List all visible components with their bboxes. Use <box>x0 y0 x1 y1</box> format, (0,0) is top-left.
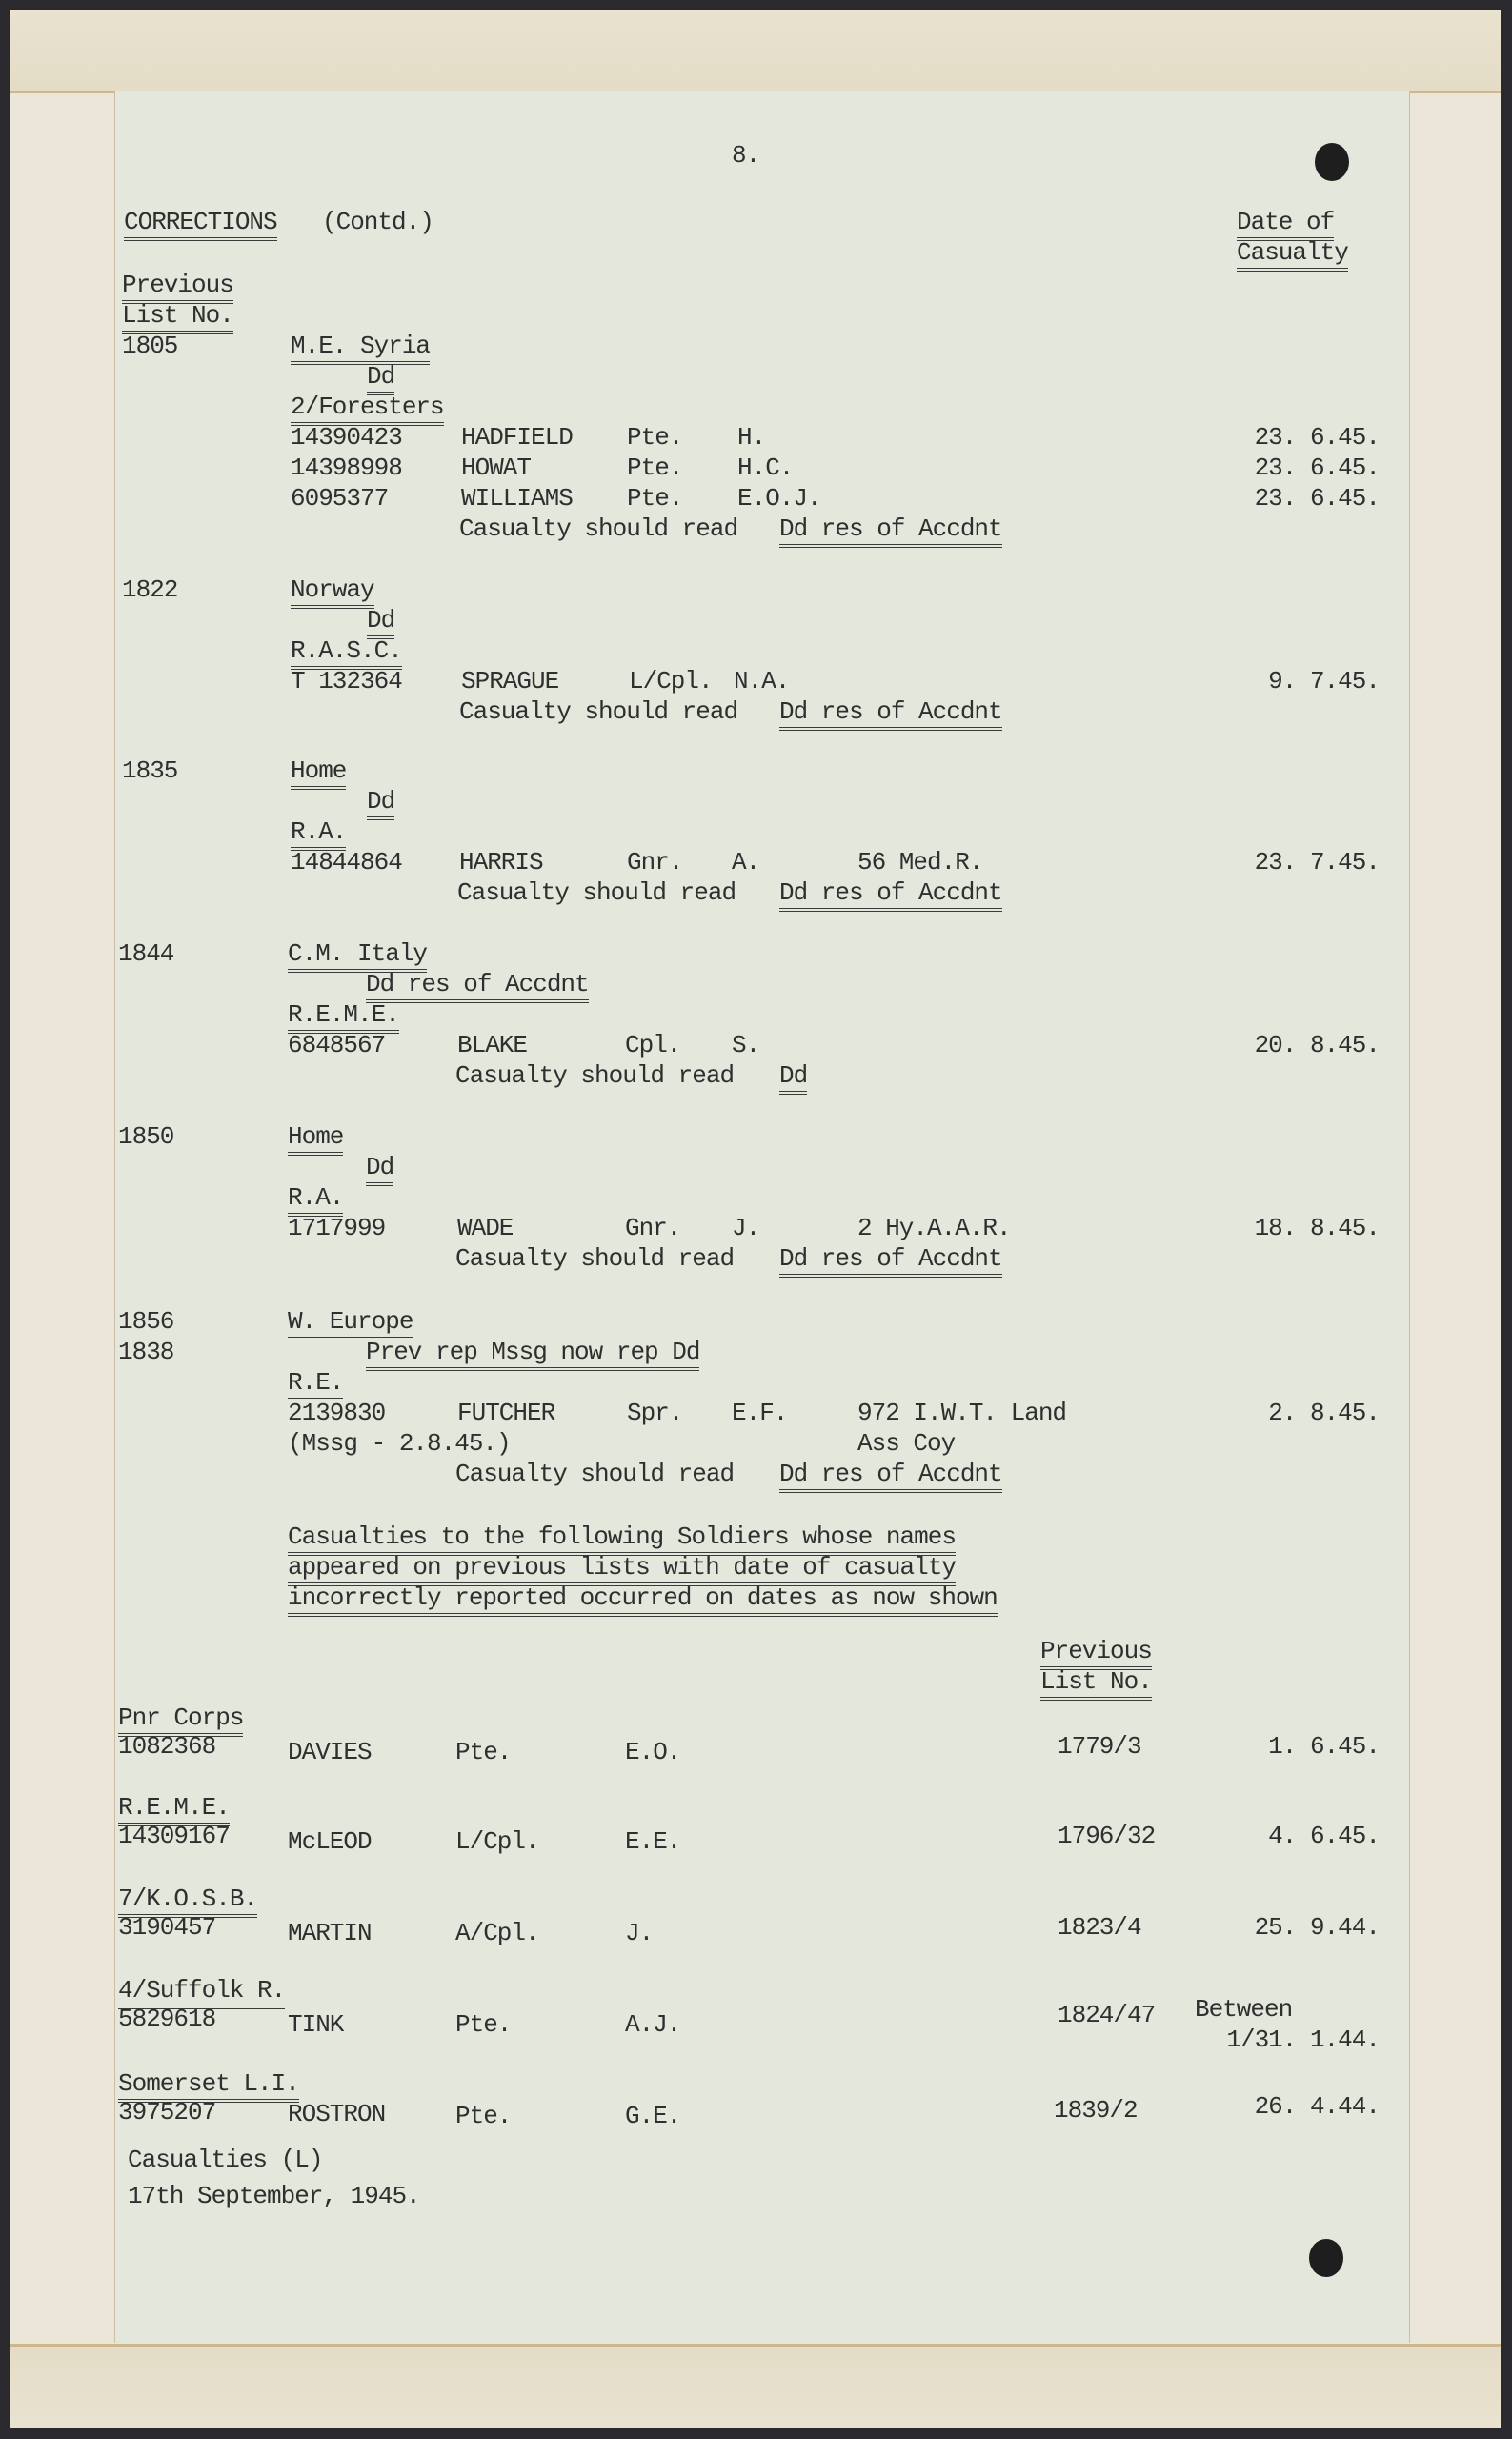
heading-line: incorrectly reported occurred on dates a… <box>288 1583 998 1617</box>
soldier-rank: Pte. <box>627 423 682 452</box>
page-title-suffix: (Contd.) <box>322 208 433 236</box>
soldier-rank: Pte. <box>455 2010 511 2039</box>
casualty-date: 26. 4.44. <box>1172 2092 1380 2121</box>
top-tape-strip <box>10 10 1501 93</box>
soldier-name: McLEOD <box>288 1827 372 1856</box>
theatre: C.M. Italy <box>288 939 427 973</box>
soldier-name: WADE <box>457 1214 513 1242</box>
soldier-initials: G.E. <box>625 2102 680 2130</box>
date-column-heading-line-1: Date of <box>1237 208 1334 241</box>
theatre: Norway <box>291 575 374 609</box>
correction-note-prefix: Casualty should read <box>455 1061 734 1090</box>
soldier-name: HADFIELD <box>461 423 573 452</box>
soldier-number: 14398998 <box>291 454 402 482</box>
unit: R.E. <box>288 1368 343 1401</box>
footer-department: Casualties (L) <box>128 2146 322 2174</box>
correction-note-value: Dd res of Accdnt <box>779 878 1002 912</box>
status: Dd res of Accdnt <box>366 970 589 1003</box>
list-number: 1844 <box>118 939 173 968</box>
soldier-number: 3975207 <box>118 2098 215 2127</box>
soldier-name: TINK <box>288 2010 343 2039</box>
correction-note-value: Dd res of Accdnt <box>779 1460 1002 1493</box>
unit: R.E.M.E. <box>288 1000 399 1034</box>
soldier-name: BLAKE <box>457 1031 527 1059</box>
soldier-name: FUTCHER <box>457 1399 554 1427</box>
missing-note: (Mssg - 2.8.45.) <box>288 1429 511 1458</box>
soldier-rank: Pte. <box>627 484 682 513</box>
status: Dd <box>367 362 394 395</box>
previous-list-number: 1839/2 <box>1054 2096 1138 2125</box>
punch-hole-icon <box>1309 2239 1343 2277</box>
soldier-rank: Pte. <box>627 454 682 482</box>
previous-list-number: 1796/32 <box>1058 1822 1155 1850</box>
casualty-date: 23. 6.45. <box>1172 454 1380 482</box>
soldier-number: 3190457 <box>118 1913 215 1942</box>
heading-line: Casualties to the following Soldiers who… <box>288 1522 956 1556</box>
soldier-rank: Gnr. <box>625 1214 680 1242</box>
soldier-name: DAVIES <box>288 1738 372 1766</box>
previous-list-number: 1779/3 <box>1058 1732 1141 1761</box>
soldier-unit-detail: 972 I.W.T. Land <box>857 1399 1066 1427</box>
soldier-rank: Spr. <box>627 1399 682 1427</box>
theatre: W. Europe <box>288 1307 413 1340</box>
soldier-rank: L/Cpl. <box>629 667 713 695</box>
soldier-initials: E.O.J. <box>737 484 821 513</box>
correction-note-value: Dd <box>779 1061 807 1095</box>
footer-date: 17th September, 1945. <box>128 2182 420 2210</box>
casualty-date: 23. 7.45. <box>1172 848 1380 877</box>
soldier-rank: Gnr. <box>627 848 682 877</box>
prev-list-heading-line-2: List No. <box>1040 1667 1152 1701</box>
list-column-heading-line-1: Previous <box>122 271 233 304</box>
correction-note-prefix: Casualty should read <box>459 697 737 726</box>
soldier-initials: S. <box>732 1031 759 1059</box>
casualty-date: 2. 8.45. <box>1172 1399 1380 1427</box>
soldier-initials: H.C. <box>737 454 793 482</box>
status: Dd <box>367 787 394 820</box>
unit: R.A.S.C. <box>291 636 402 670</box>
list-number: 1805 <box>122 332 177 360</box>
punch-hole-icon <box>1315 143 1349 181</box>
soldier-name: HARRIS <box>459 848 543 877</box>
casualty-date: 23. 6.45. <box>1172 423 1380 452</box>
soldier-rank: Pte. <box>455 2102 511 2130</box>
soldier-initials: A.J. <box>625 2010 680 2039</box>
unit: R.A. <box>291 817 346 851</box>
soldier-initials: E.O. <box>625 1738 680 1766</box>
list-number-secondary: 1838 <box>118 1338 173 1366</box>
status: Prev rep Mssg now rep Dd <box>366 1338 699 1371</box>
soldier-number: 6095377 <box>291 484 388 513</box>
soldier-number: 6848567 <box>288 1031 385 1059</box>
page-number: 8. <box>732 141 759 170</box>
correction-note-prefix: Casualty should read <box>457 878 736 907</box>
casualty-date: 9. 7.45. <box>1172 667 1380 695</box>
page-title: CORRECTIONS <box>124 208 277 241</box>
soldier-name: WILLIAMS <box>461 484 573 513</box>
soldier-initials: E.F. <box>732 1399 787 1427</box>
status: Dd <box>367 606 394 639</box>
soldier-number: 1717999 <box>288 1214 385 1242</box>
heading-line: appeared on previous lists with date of … <box>288 1553 956 1586</box>
soldier-initials: J. <box>625 1919 653 1947</box>
soldier-number: 2139830 <box>288 1399 385 1427</box>
soldier-name: MARTIN <box>288 1919 372 1947</box>
soldier-initials: H. <box>737 423 765 452</box>
soldier-number: 14844864 <box>291 848 402 877</box>
casualty-date: 25. 9.44. <box>1172 1913 1380 1942</box>
correction-note-value: Dd res of Accdnt <box>779 1244 1002 1278</box>
theatre: Home <box>291 756 346 790</box>
bottom-tape-strip <box>10 2344 1501 2428</box>
date-column-heading-line-2: Casualty <box>1237 238 1348 272</box>
previous-list-number: 1824/47 <box>1058 2001 1155 2029</box>
soldier-number: 1082368 <box>118 1732 215 1761</box>
list-number: 1850 <box>118 1122 173 1151</box>
soldier-number: T 132364 <box>291 667 402 695</box>
soldier-rank: Cpl. <box>625 1031 680 1059</box>
theatre: Home <box>288 1122 343 1156</box>
soldier-initials: N.A. <box>734 667 789 695</box>
soldier-initials: E.E. <box>625 1827 680 1856</box>
soldier-unit-detail-2: Ass Coy <box>857 1429 955 1458</box>
soldier-number: 14309167 <box>118 1822 230 1850</box>
soldier-number: 5829618 <box>118 2005 215 2033</box>
soldier-name: ROSTRON <box>288 2100 385 2128</box>
correction-note-prefix: Casualty should read <box>455 1244 734 1273</box>
soldier-unit-detail: 2 Hy.A.A.R. <box>857 1214 1011 1242</box>
correction-note-prefix: Casualty should read <box>459 514 737 543</box>
list-number: 1822 <box>122 575 177 604</box>
casualty-date: 20. 8.45. <box>1172 1031 1380 1059</box>
correction-note-prefix: Casualty should read <box>455 1460 734 1488</box>
soldier-unit-detail: 56 Med.R. <box>857 848 982 877</box>
correction-note-value: Dd res of Accdnt <box>779 697 1002 731</box>
soldier-number: 14390423 <box>291 423 402 452</box>
soldier-name: SPRAGUE <box>461 667 558 695</box>
casualty-date: 18. 8.45. <box>1172 1214 1380 1242</box>
casualty-date: 4. 6.45. <box>1172 1822 1380 1850</box>
list-number: 1835 <box>122 756 177 785</box>
casualty-date-label: Between <box>1195 1995 1292 2024</box>
soldier-initials: J. <box>732 1214 759 1242</box>
unit: R.A. <box>288 1183 343 1217</box>
soldier-name: HOWAT <box>461 454 531 482</box>
list-number: 1856 <box>118 1307 173 1336</box>
theatre: M.E. Syria <box>291 332 430 365</box>
casualty-date: 1/31. 1.44. <box>1172 2026 1380 2054</box>
prev-list-heading-line-1: Previous <box>1040 1637 1152 1670</box>
correction-note-value: Dd res of Accdnt <box>779 514 1002 548</box>
soldier-rank: Pte. <box>455 1738 511 1766</box>
soldier-initials: A. <box>732 848 759 877</box>
soldier-rank: L/Cpl. <box>455 1827 539 1856</box>
soldier-rank: A/Cpl. <box>455 1919 539 1947</box>
casualty-date: 1. 6.45. <box>1172 1732 1380 1761</box>
casualty-date: 23. 6.45. <box>1172 484 1380 513</box>
list-column-heading-line-2: List No. <box>122 301 233 334</box>
status: Dd <box>366 1153 393 1186</box>
previous-list-number: 1823/4 <box>1058 1913 1141 1942</box>
unit: 2/Foresters <box>291 393 444 426</box>
